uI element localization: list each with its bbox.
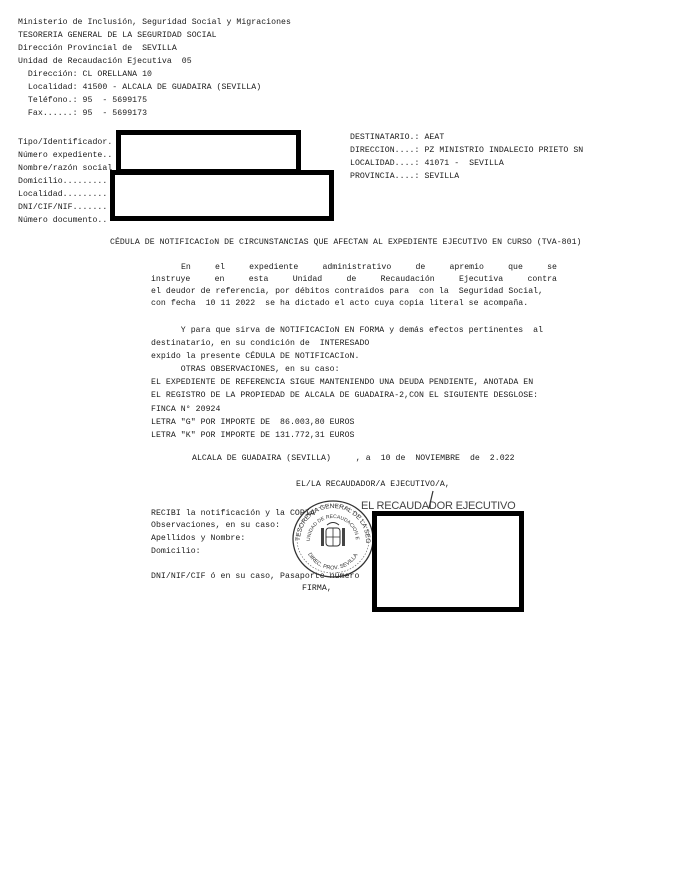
word: de xyxy=(346,275,356,285)
field-label: Nombre/razón social xyxy=(18,164,112,174)
document-title: CÉDULA DE NOTIFICACIoN DE CIRCUNSTANCIAS… xyxy=(110,238,582,248)
word: instruye xyxy=(151,275,190,285)
field-label: Número documento.. xyxy=(18,216,107,226)
header-line: Dirección: CL ORELLANA 10 xyxy=(18,70,152,80)
redaction-box xyxy=(372,511,524,612)
paragraph-line: destinatario, en su condición de INTERES… xyxy=(151,339,369,349)
recipient-line: PROVINCIA....: SEVILLA xyxy=(350,172,459,182)
field-label: Localidad......... xyxy=(18,190,107,200)
word: contra xyxy=(527,275,556,285)
header-line: Fax......: 95 - 5699173 xyxy=(18,109,147,119)
date-line: ALCALA DE GUADAIRA (SEVILLA) , a 10 de N… xyxy=(192,454,515,464)
header-line: Localidad: 41500 - ALCALA DE GUADAIRA (S… xyxy=(18,83,261,93)
paragraph-line: expido la presente CÉDULA DE NOTIFICACIo… xyxy=(151,352,359,362)
justified-line: Enelexpedienteadministrativodeapremioque… xyxy=(181,263,557,273)
header-line: TESORERIA GENERAL DE LA SEGURIDAD SOCIAL xyxy=(18,31,217,41)
field-label: DNI/CIF/NIF....... xyxy=(18,203,107,213)
official-stamp-icon: TESORERIA GENERAL DE LA SEGURIDAD SOCIAL… xyxy=(288,496,378,582)
word: de xyxy=(415,263,425,273)
field-label: Número expediente.. xyxy=(18,151,112,161)
observations-heading: OTRAS OBSERVACIONES, en su caso: xyxy=(151,365,340,375)
paragraph-line: Y para que sirva de NOTIFICACIoN EN FORM… xyxy=(151,326,543,336)
field-label: Tipo/Identificador. xyxy=(18,138,112,148)
header-line: Dirección Provincial de SEVILLA xyxy=(18,44,177,54)
word: esta xyxy=(249,275,269,285)
word: Ejecutiva xyxy=(459,275,503,285)
header-line: Teléfono.: 95 - 5699175 xyxy=(18,96,147,106)
justified-line: instruyeenestaUnidaddeRecaudaciónEjecuti… xyxy=(151,275,557,285)
recipient-line: DESTINATARIO.: AEAT xyxy=(350,133,444,143)
receipt-line: Observaciones, en su caso: xyxy=(151,521,280,531)
recipient-line: DIRECCION....: PZ MINISTRIO INDALECIO PR… xyxy=(350,146,583,156)
word: expediente xyxy=(249,263,298,273)
paragraph-line: el deudor de referencia, por débitos con… xyxy=(151,287,543,297)
redaction-box xyxy=(116,130,301,174)
signature-mark xyxy=(425,490,437,512)
observation-line: LETRA "K" POR IMPORTE DE 131.772,31 EURO… xyxy=(151,431,355,441)
word: Unidad xyxy=(293,275,322,285)
word: que xyxy=(508,263,523,273)
recipient-line: LOCALIDAD....: 41071 - SEVILLA xyxy=(350,159,504,169)
redaction-box xyxy=(110,170,334,221)
svg-text:DIREC. PROV. SEVILLA: DIREC. PROV. SEVILLA xyxy=(306,552,359,572)
paragraph-line: con fecha 10 11 2022 se ha dictado el ac… xyxy=(151,299,528,309)
word: el xyxy=(215,263,225,273)
header-line: Unidad de Recaudación Ejecutiva 05 xyxy=(18,57,192,67)
word: apremio xyxy=(450,263,484,273)
field-label: Domicilio......... xyxy=(18,177,107,187)
observation-line: FINCA N° 20924 xyxy=(151,405,221,415)
observation-line: EL REGISTRO DE LA PROPIEDAD DE ALCALA DE… xyxy=(151,391,538,401)
firma-label: FIRMA, xyxy=(302,584,332,594)
header-line: Ministerio de Inclusión, Seguridad Socia… xyxy=(18,18,291,28)
observation-line: EL EXPEDIENTE DE REFERENCIA SIGUE MANTEN… xyxy=(151,378,533,388)
receipt-line: Apellidos y Nombre: xyxy=(151,534,245,544)
word: En xyxy=(181,263,191,273)
signatory-title: EL/LA RECAUDADOR/A EJECUTIVO/A, xyxy=(296,480,450,490)
word: administrativo xyxy=(322,263,391,273)
word: Recaudación xyxy=(381,275,435,285)
observation-line: LETRA "G" POR IMPORTE DE 86.003,80 EUROS xyxy=(151,418,355,428)
receipt-line: Domicilio: xyxy=(151,547,201,557)
word: se xyxy=(547,263,557,273)
word: en xyxy=(215,275,225,285)
